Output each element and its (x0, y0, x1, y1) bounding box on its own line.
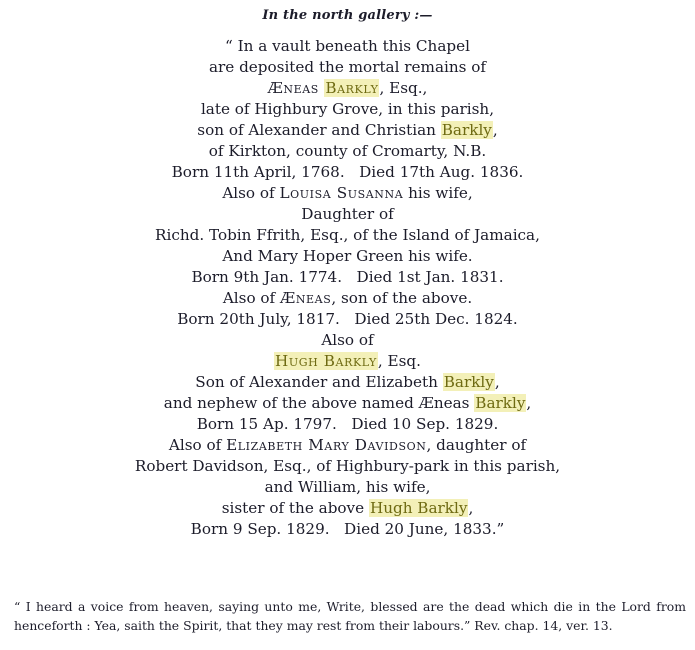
inscription-line: Richd. Tobin Ffrith, Esq., of the Island… (0, 225, 695, 246)
highlighted-name: Hugh Barkly (369, 499, 468, 517)
inscription-text: and nephew of the above named Æneas (164, 394, 475, 412)
inscription-text: Æneas (268, 79, 325, 97)
inscription-text: Born 11th April, 1768. Died 17th Aug. 18… (172, 163, 524, 181)
inscription-text: Robert Davidson, Esq., of Highbury-park … (135, 457, 560, 475)
inscription-text: , (495, 373, 500, 391)
inscription-text: , son of the above. (331, 289, 472, 307)
inscription-line: Born 20th July, 1817. Died 25th Dec. 182… (0, 309, 695, 330)
inscription-line: Son of Alexander and Elizabeth Barkly, (0, 372, 695, 393)
inscription-text: of Kirkton, county of Cromarty, N.B. (209, 142, 486, 160)
inscription-text: , (493, 121, 498, 139)
inscription-text: Louisa Susanna (280, 184, 404, 202)
inscription-line: Robert Davidson, Esq., of Highbury-park … (0, 456, 695, 477)
inscription-line: Also of Louisa Susanna his wife, (0, 183, 695, 204)
inscription-text: sister of the above (222, 499, 369, 517)
inscription-line: Born 11th April, 1768. Died 17th Aug. 18… (0, 162, 695, 183)
inscription-line: Also of Elizabeth Mary Davidson, daughte… (0, 435, 695, 456)
scripture-quote: “ I heard a voice from heaven, saying un… (14, 597, 686, 635)
inscription-text: , (468, 499, 473, 517)
inscription-text: Born 20th July, 1817. Died 25th Dec. 182… (177, 310, 518, 328)
inscription-line: of Kirkton, county of Cromarty, N.B. (0, 141, 695, 162)
highlighted-name: Barkly (324, 79, 379, 97)
section-heading: In the north gallery :— (0, 8, 695, 23)
inscription-line: Hugh Barkly, Esq. (0, 351, 695, 372)
highlighted-name: Barkly (441, 121, 493, 139)
inscription-line: And Mary Hoper Green his wife. (0, 246, 695, 267)
inscription-text: Born 9th Jan. 1774. Died 1st Jan. 1831. (191, 268, 503, 286)
inscription-text: , Esq. (378, 352, 421, 370)
highlighted-name: Hugh Barkly (274, 352, 378, 370)
inscription-line: Born 9 Sep. 1829. Died 20 June, 1833.” (0, 519, 695, 540)
inscription-text: “ In a vault beneath this Chapel (225, 37, 470, 55)
inscription-text: Also of (223, 289, 280, 307)
inscription-line: Daughter of (0, 204, 695, 225)
inscription-text: Daughter of (301, 205, 393, 223)
inscription-line: “ In a vault beneath this Chapel (0, 36, 695, 57)
inscription-text: , daughter of (426, 436, 526, 454)
inscription-line: Also of Æneas, son of the above. (0, 288, 695, 309)
inscription-line: late of Highbury Grove, in this parish, (0, 99, 695, 120)
inscription-line: son of Alexander and Christian Barkly, (0, 120, 695, 141)
inscription-text: and William, his wife, (265, 478, 431, 496)
inscription-text: Richd. Tobin Ffrith, Esq., of the Island… (155, 226, 540, 244)
inscription-line: and William, his wife, (0, 477, 695, 498)
inscription-line: Æneas Barkly, Esq., (0, 78, 695, 99)
inscription-line: Born 9th Jan. 1774. Died 1st Jan. 1831. (0, 267, 695, 288)
highlighted-name: Barkly (443, 373, 495, 391)
inscription-line: Born 15 Ap. 1797. Died 10 Sep. 1829. (0, 414, 695, 435)
inscription-text: Born 15 Ap. 1797. Died 10 Sep. 1829. (197, 415, 499, 433)
inscription-text: Also of (222, 184, 279, 202)
inscription-line: and nephew of the above named Æneas Bark… (0, 393, 695, 414)
inscription-text: are deposited the mortal remains of (209, 58, 486, 76)
highlighted-name: Barkly (474, 394, 526, 412)
inscription-text: , Esq., (379, 79, 427, 97)
inscription-text: , (526, 394, 531, 412)
inscription-text: Born 9 Sep. 1829. Died 20 June, 1833.” (191, 520, 505, 538)
inscription-text: Æneas (280, 289, 331, 307)
inscription-text: son of Alexander and Christian (197, 121, 440, 139)
inscription-line: sister of the above Hugh Barkly, (0, 498, 695, 519)
document-page: In the north gallery :— “ In a vault ben… (0, 0, 695, 650)
inscription-text: Also of (169, 436, 226, 454)
inscription-text: Elizabeth Mary Davidson (226, 436, 426, 454)
inscription-text: Also of (321, 331, 373, 349)
memorial-inscription: “ In a vault beneath this Chapelare depo… (0, 36, 695, 540)
inscription-text: his wife, (403, 184, 472, 202)
inscription-text: late of Highbury Grove, in this parish, (201, 100, 494, 118)
inscription-text: And Mary Hoper Green his wife. (222, 247, 472, 265)
inscription-text: Son of Alexander and Elizabeth (195, 373, 442, 391)
inscription-line: Also of (0, 330, 695, 351)
inscription-line: are deposited the mortal remains of (0, 57, 695, 78)
